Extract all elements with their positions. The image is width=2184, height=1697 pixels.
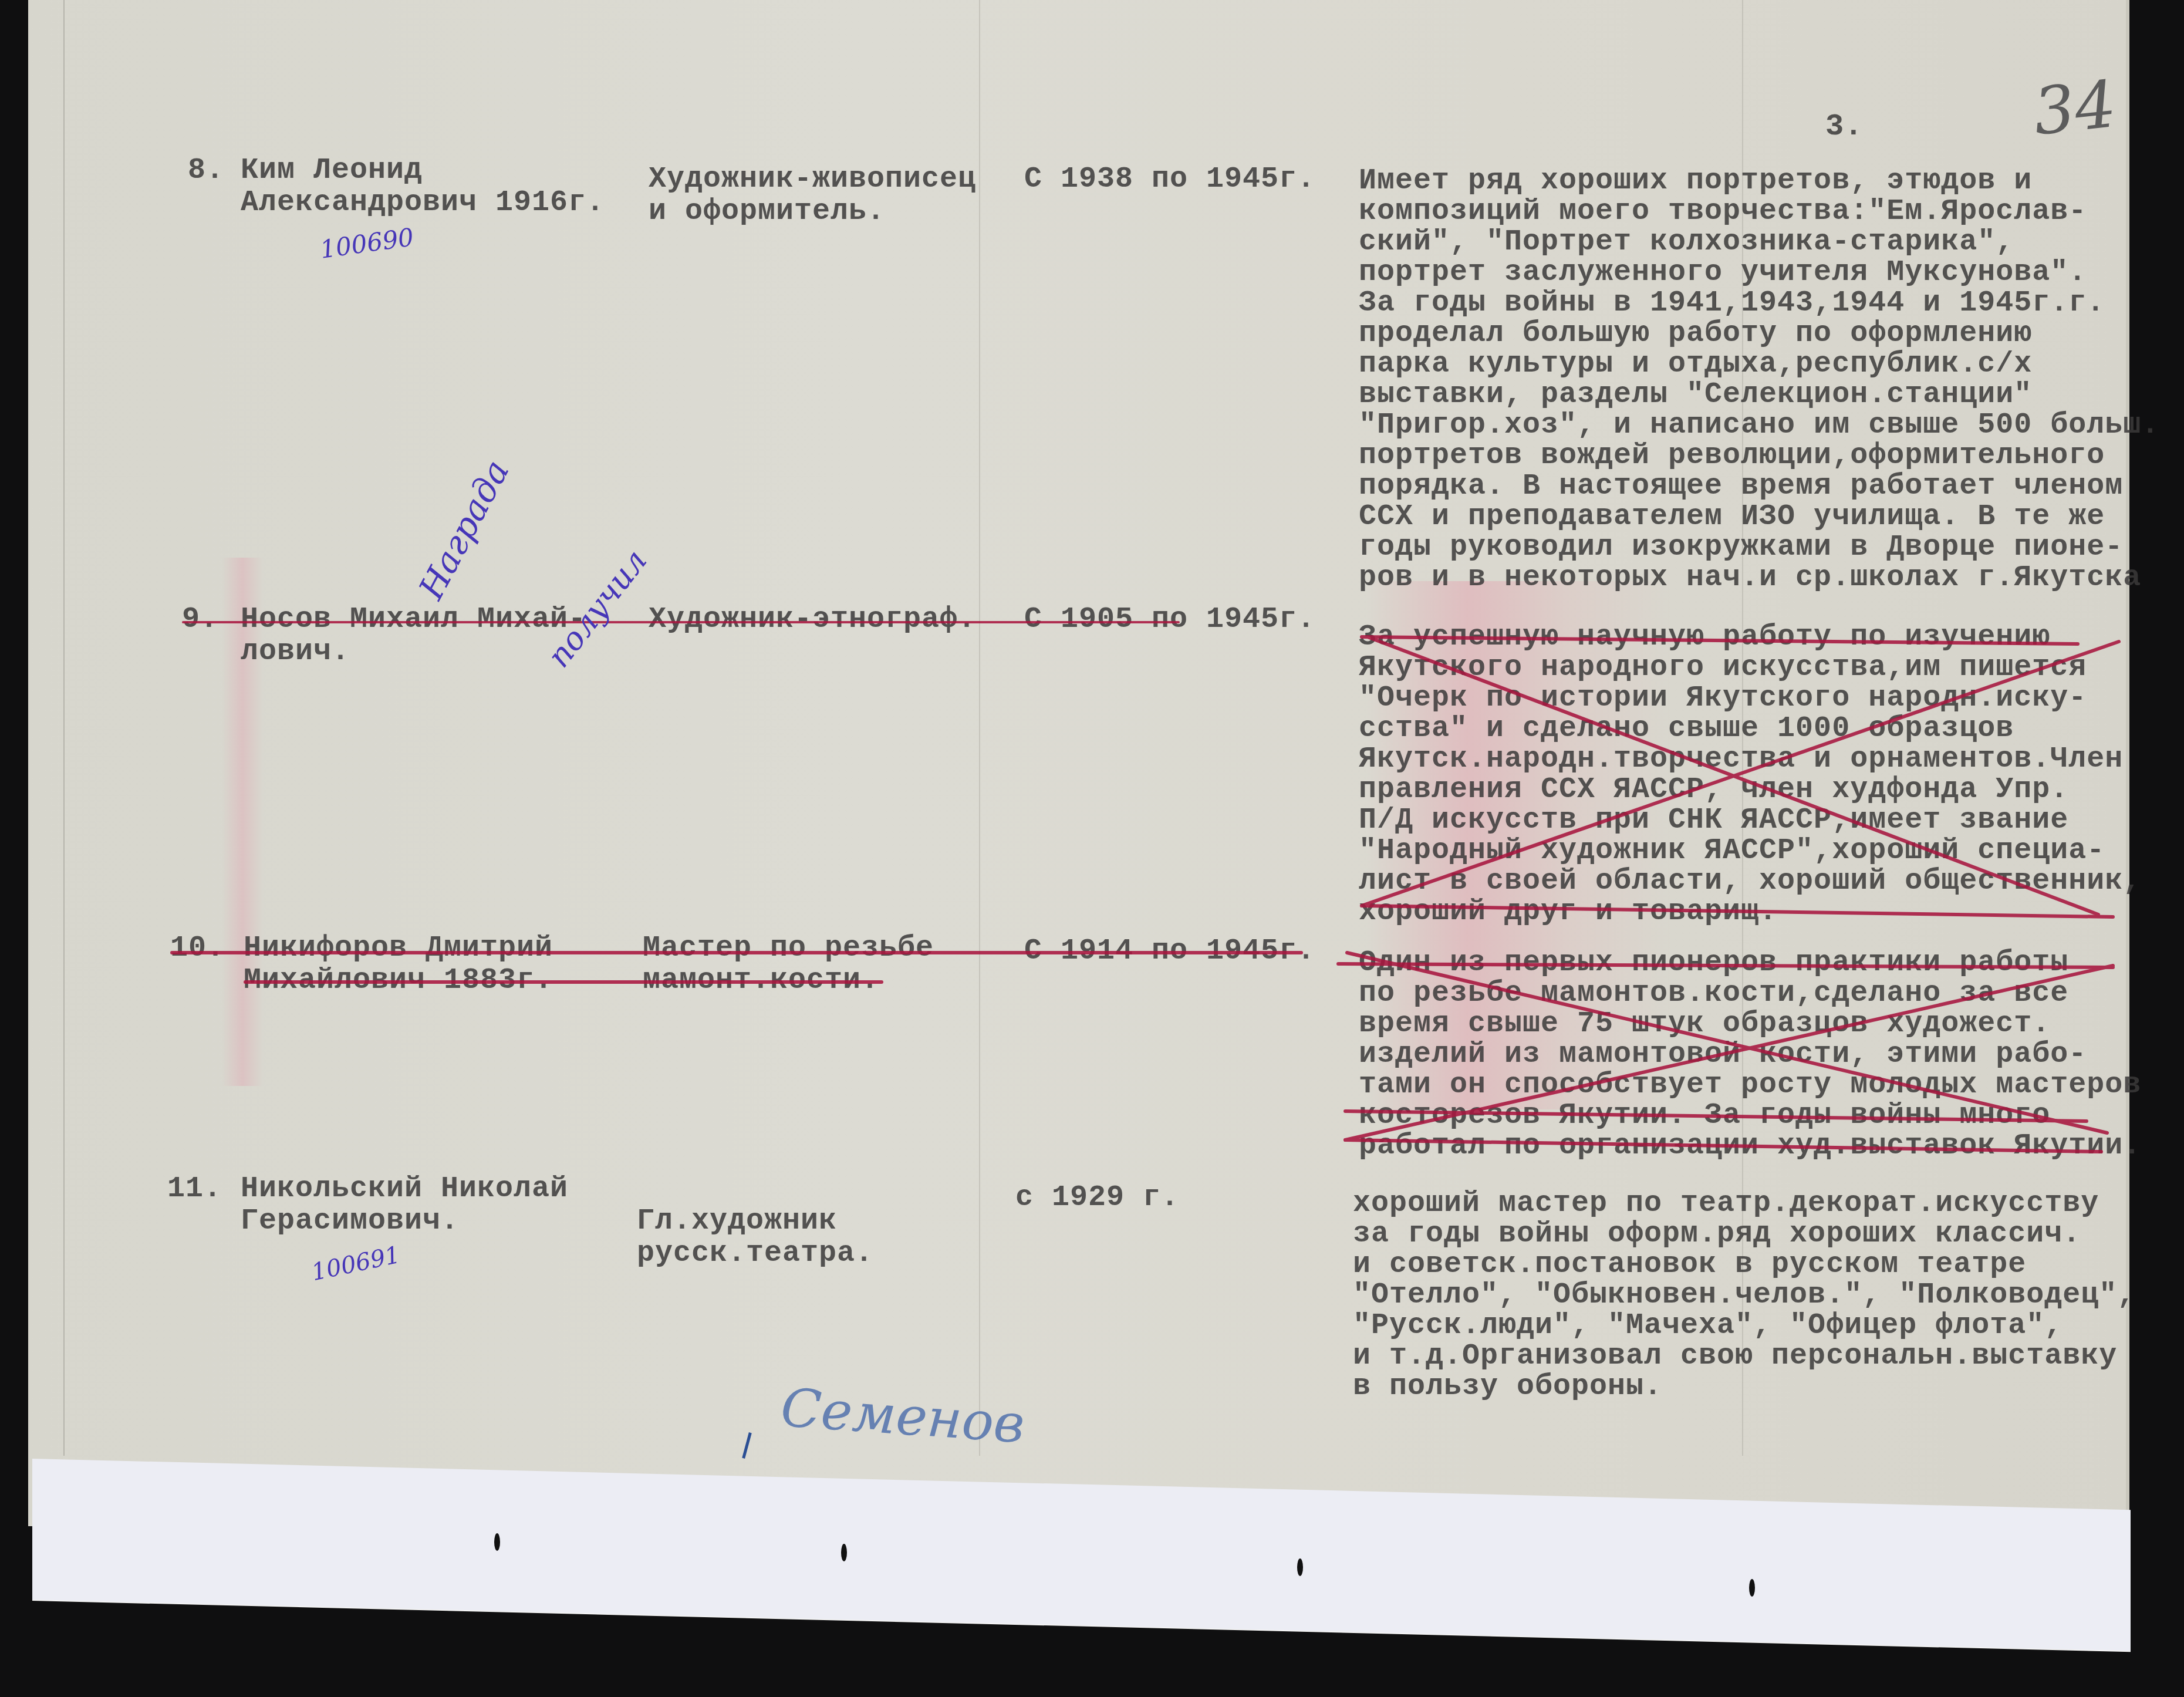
punch-hole [494,1533,500,1551]
punch-hole [1297,1558,1303,1576]
punch-hole [841,1544,847,1561]
cross-out-icon [0,0,2184,1697]
punch-hole [1749,1579,1755,1597]
